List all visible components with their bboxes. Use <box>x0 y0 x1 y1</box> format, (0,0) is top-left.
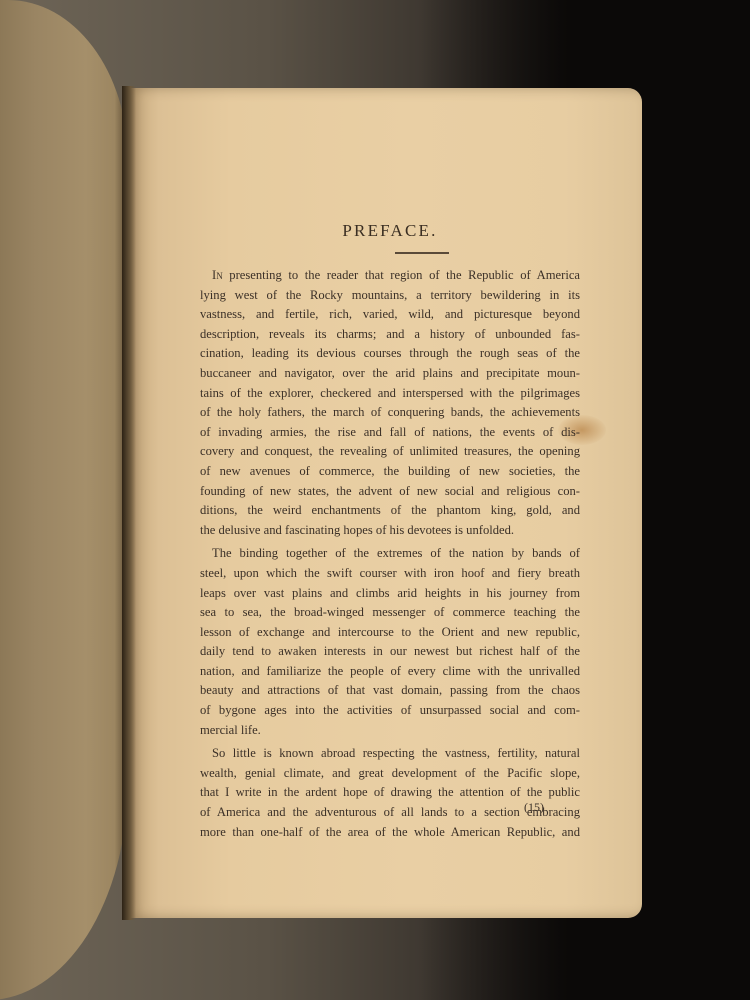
text-line: lesson of exchange and intercourse to th… <box>200 623 580 643</box>
page-number: (15) <box>524 800 544 815</box>
text-line: nation, and familiarize the people of ev… <box>200 662 580 682</box>
text-line: wealth, genial climate, and great develo… <box>200 764 580 784</box>
text-line: sea to sea, the broad-winged messenger o… <box>200 603 580 623</box>
text-line: lying west of the Rocky mountains, a ter… <box>200 286 580 306</box>
text-line: steel, upon which the swift courser with… <box>200 564 580 584</box>
left-page-verso <box>0 0 128 1000</box>
title-rule-divider <box>395 252 449 254</box>
text-line: So little is known abroad respecting the… <box>200 744 580 764</box>
text-line: mercial life. <box>200 721 580 741</box>
text-line: covery and conquest, the revealing of un… <box>200 442 580 462</box>
text-line: buccaneer and navigator, over the arid p… <box>200 364 580 384</box>
body-text: In presenting to the reader that region … <box>200 266 580 842</box>
text-line: cination, leading its devious courses th… <box>200 344 580 364</box>
text-line: description, reveals its charms; and a h… <box>200 325 580 345</box>
text-line: of invading armies, the rise and fall of… <box>200 423 580 443</box>
text-line: of new avenues of commerce, the building… <box>200 462 580 482</box>
text-line: founding of new states, the advent of ne… <box>200 482 580 502</box>
text-line: ditions, the weird enchantments of the p… <box>200 501 580 521</box>
text-line: leaps over vast plains and climbs arid h… <box>200 584 580 604</box>
text-line: tains of the explorer, checkered and int… <box>200 384 580 404</box>
text-line: of America and the adventurous of all la… <box>200 803 580 823</box>
text-line: of bygone ages into the activities of un… <box>200 701 580 721</box>
text-line: the delusive and fascinating hopes of hi… <box>200 521 580 541</box>
text-line: In presenting to the reader that region … <box>200 266 580 286</box>
text-line: vastness, and fertile, rich, varied, wil… <box>200 305 580 325</box>
text-line: more than one-half of the area of the wh… <box>200 823 580 843</box>
page-title: PREFACE. <box>128 221 642 241</box>
book-page-recto: PREFACE. In presenting to the reader tha… <box>128 88 642 918</box>
text-line: daily tend to awaken interests in our ne… <box>200 642 580 662</box>
gutter-shadow <box>122 86 136 920</box>
lead-word: In <box>212 268 223 282</box>
text-line: that I write in the ardent hope of drawi… <box>200 783 580 803</box>
text-line: beauty and attractions of that vast doma… <box>200 681 580 701</box>
text-line: The binding together of the extremes of … <box>200 544 580 564</box>
text-line: of the holy fathers, the march of conque… <box>200 403 580 423</box>
